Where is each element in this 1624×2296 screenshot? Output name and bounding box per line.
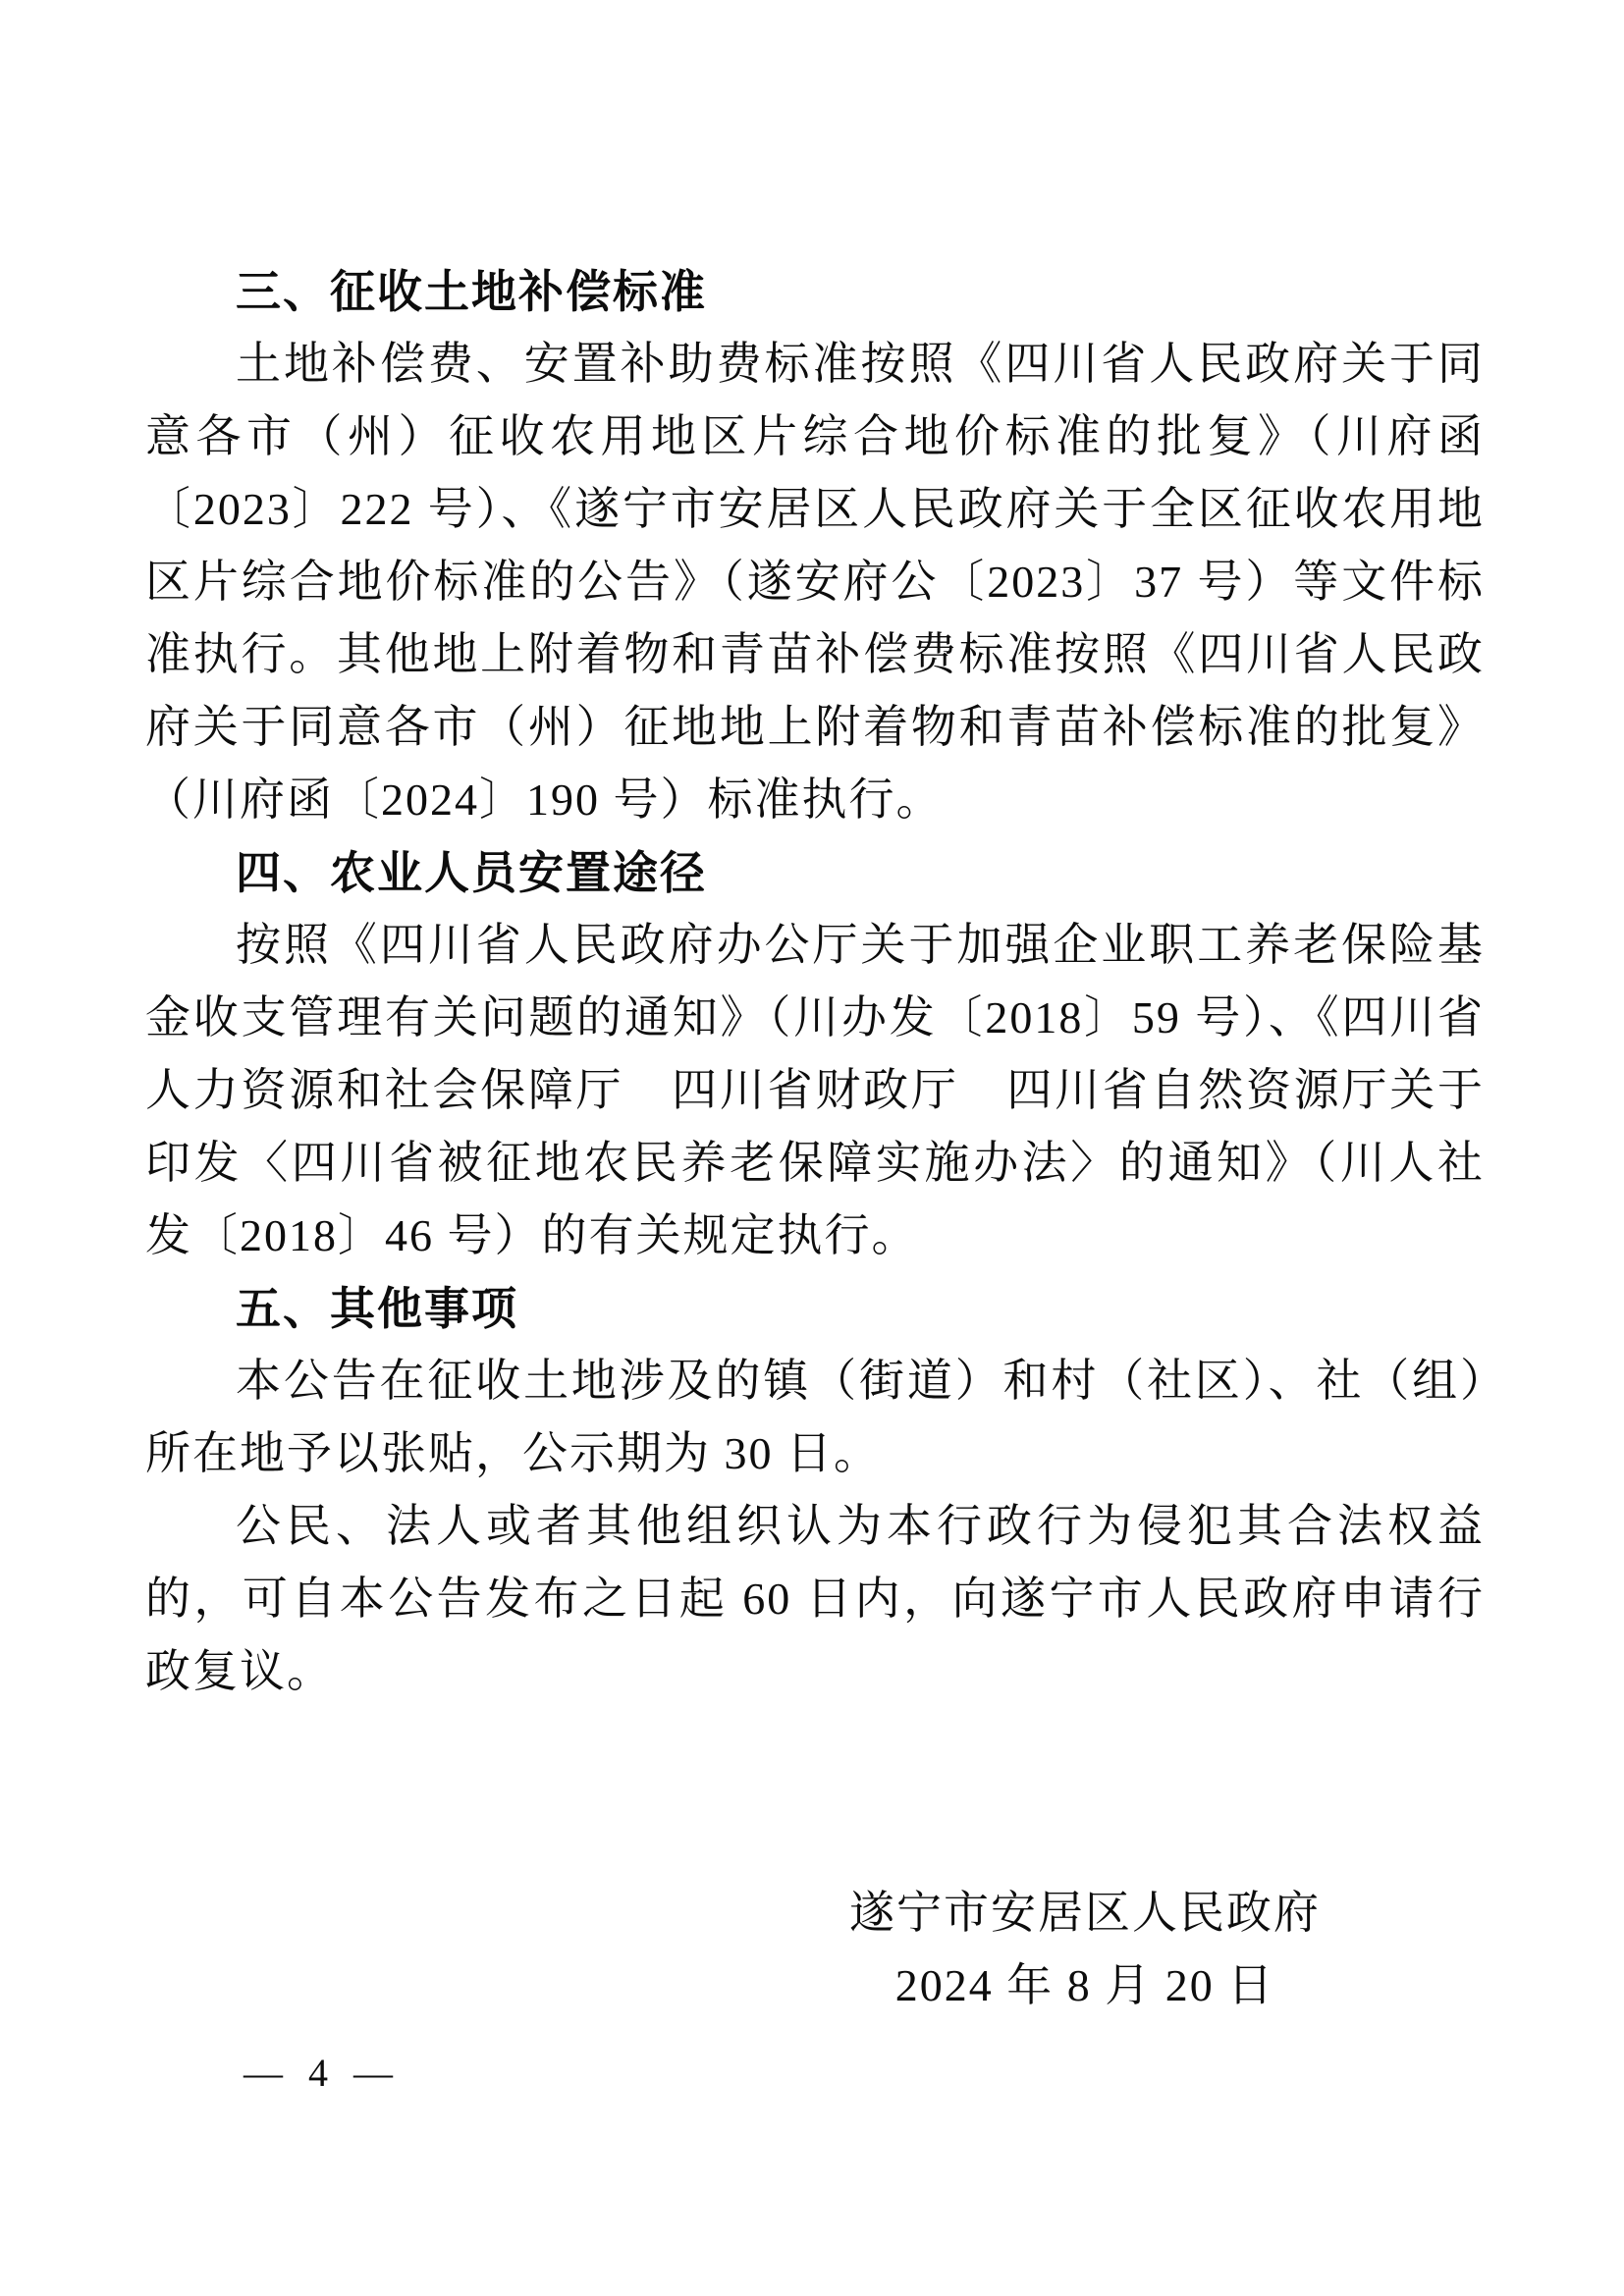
issue-date: 2024 年 8 月 20 日 bbox=[844, 1949, 1326, 2022]
document-body: 三、征收土地补偿标准 土地补偿费、安置补助费标准按照《四川省人民政府关于同意各市… bbox=[145, 255, 1485, 1708]
signature-block: 遂宁市安居区人民政府 2024 年 8 月 20 日 bbox=[844, 1877, 1326, 2022]
section-resettlement-channels: 四、农业人员安置途径 按照《四川省人民政府办公厅关于加强企业职工养老保险基金收支… bbox=[145, 836, 1485, 1272]
document-page: 三、征收土地补偿标准 土地补偿费、安置补助费标准按照《四川省人民政府关于同意各市… bbox=[0, 0, 1624, 2296]
section-other-matters: 五、其他事项 本公告在征收土地涉及的镇（街道）和村（社区）、社（组）所在地予以张… bbox=[145, 1272, 1485, 1708]
section-heading-compensation-standard: 三、征收土地补偿标准 bbox=[145, 255, 1485, 328]
paragraph-posting-period: 本公告在征收土地涉及的镇（街道）和村（社区）、社（组）所在地予以张贴，公示期为 … bbox=[145, 1345, 1485, 1490]
paragraph-resettlement-channels: 按照《四川省人民政府办公厅关于加强企业职工养老保险基金收支管理有关问题的通知》（… bbox=[145, 909, 1485, 1272]
paragraph-compensation-standard: 土地补偿费、安置补助费标准按照《四川省人民政府关于同意各市（州）征收农用地区片综… bbox=[145, 328, 1485, 836]
paragraph-administrative-review: 公民、法人或者其他组织认为本行政行为侵犯其合法权益的，可自本公告发布之日起 60… bbox=[145, 1490, 1485, 1708]
page-number: — 4 — bbox=[244, 2050, 401, 2096]
section-heading-resettlement-channels: 四、农业人员安置途径 bbox=[145, 836, 1485, 909]
issuer-signature: 遂宁市安居区人民政府 bbox=[844, 1877, 1326, 1949]
section-compensation-standard: 三、征收土地补偿标准 土地补偿费、安置补助费标准按照《四川省人民政府关于同意各市… bbox=[145, 255, 1485, 836]
section-heading-other-matters: 五、其他事项 bbox=[145, 1272, 1485, 1345]
